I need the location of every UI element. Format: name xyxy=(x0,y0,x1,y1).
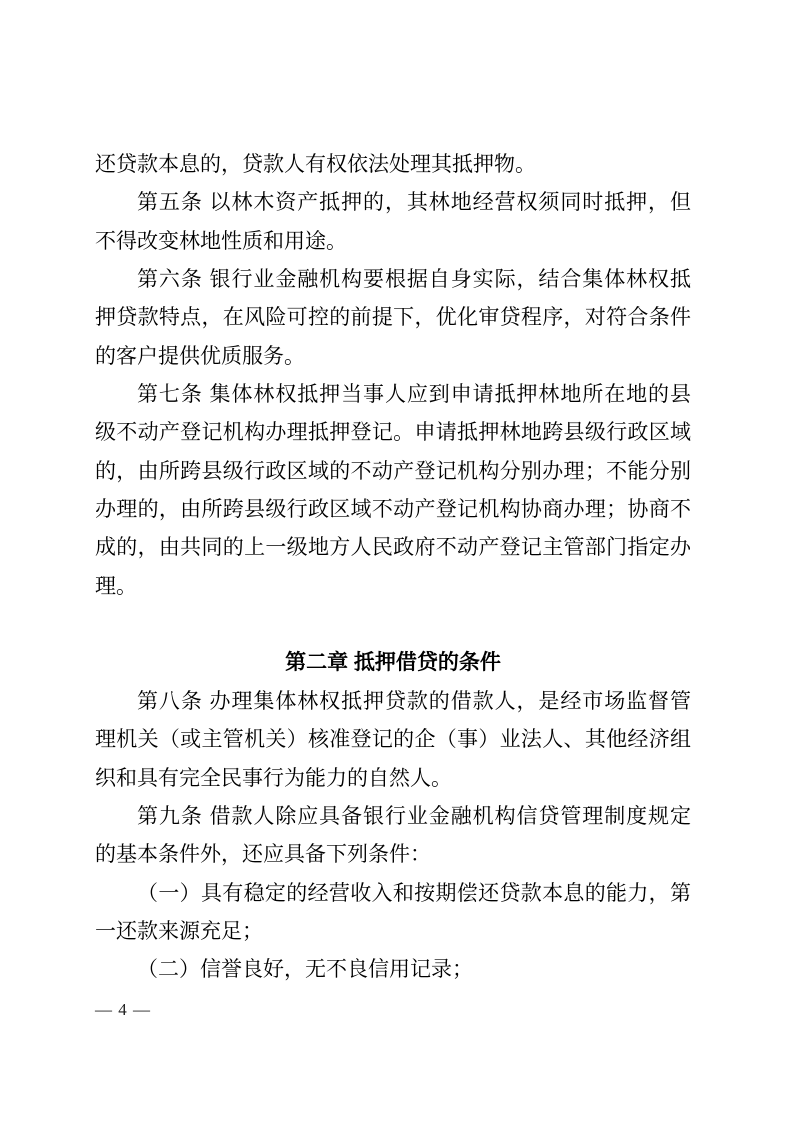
text-content: 还贷款本息的，贷款人有权依法处理其抵押物。 第五条 以林木资产抵押的，其林地经营… xyxy=(95,146,691,990)
text-line: （一）具有稳定的经营收入和按期偿还贷款本息的能力，第 xyxy=(95,875,691,913)
text-line: 理机关（或主管机关）核准登记的企（事）业法人、其他经济组 xyxy=(95,721,691,759)
text-line: 第九条 借款人除应具备银行业金融机构信贷管理制度规定 xyxy=(95,798,691,836)
text-line: 第六条 银行业金融机构要根据自身实际，结合集体林权抵 xyxy=(95,261,691,299)
page-number: — 4 — xyxy=(95,1000,151,1019)
text-line: 第七条 集体林权抵押当事人应到申请抵押林地所在地的县 xyxy=(95,376,691,414)
text-line: 还贷款本息的，贷款人有权依法处理其抵押物。 xyxy=(95,146,691,184)
text-line: 的客户提供优质服务。 xyxy=(95,338,691,376)
text-line: 第五条 以林木资产抵押的，其林地经营权须同时抵押，但 xyxy=(95,184,691,222)
text-line: 理。 xyxy=(95,568,691,606)
text-line: （二）信誉良好，无不良信用记录； xyxy=(95,951,691,989)
text-line: 成的，由共同的上一级地方人民政府不动产登记主管部门指定办 xyxy=(95,529,691,567)
text-line: 办理的，由所跨县级行政区域不动产登记机构协商办理；协商不 xyxy=(95,491,691,529)
text-line: 级不动产登记机构办理抵押登记。申请抵押林地跨县级行政区域 xyxy=(95,414,691,452)
page-footer: — 4 — xyxy=(95,998,151,1022)
text-line: 的，由所跨县级行政区域的不动产登记机构分别办理；不能分别 xyxy=(95,453,691,491)
text-line: 织和具有完全民事行为能力的自然人。 xyxy=(95,760,691,798)
document-page: 还贷款本息的，贷款人有权依法处理其抵押物。 第五条 以林木资产抵押的，其林地经营… xyxy=(0,0,793,1122)
text-line: 第八条 办理集体林权抵押贷款的借款人，是经市场监督管 xyxy=(95,683,691,721)
text-line: 押贷款特点，在风险可控的前提下，优化审贷程序，对符合条件 xyxy=(95,299,691,337)
text-line: 一还款来源充足； xyxy=(95,913,691,951)
blank-line xyxy=(95,606,691,644)
text-line: 不得改变林地性质和用途。 xyxy=(95,223,691,261)
chapter-heading: 第二章 抵押借贷的条件 xyxy=(95,644,691,682)
text-line: 的基本条件外，还应具备下列条件： xyxy=(95,836,691,874)
